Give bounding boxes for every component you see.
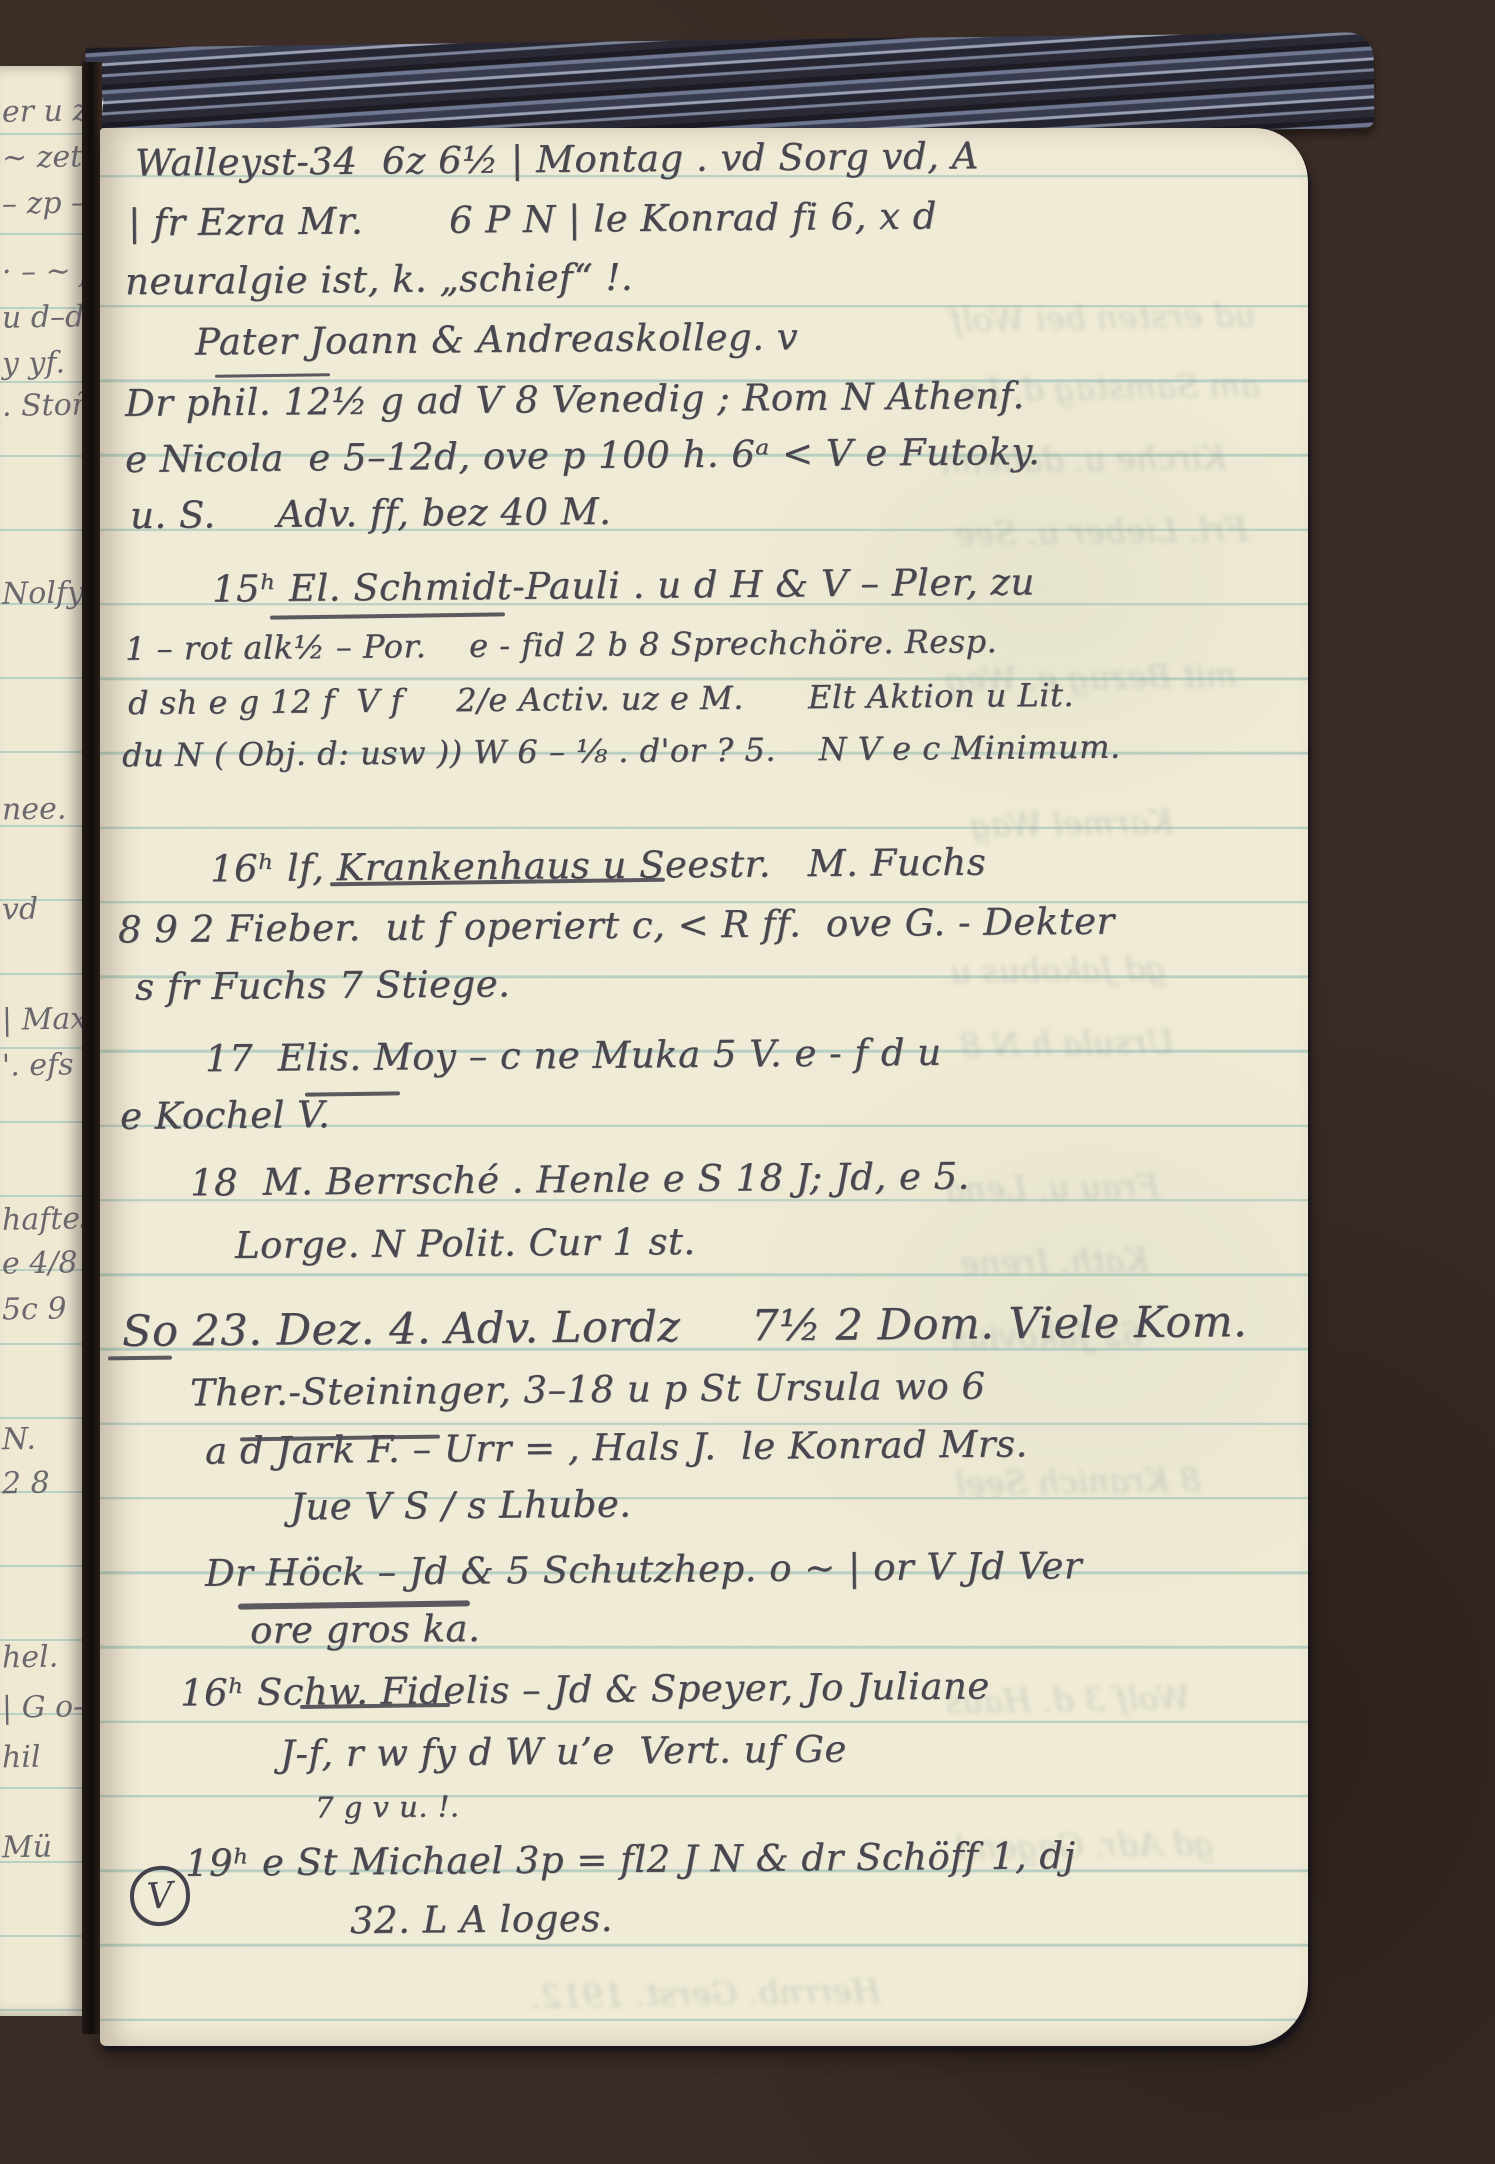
handwritten-line: u. S. Adv. ff, bez 40 M. (130, 490, 612, 537)
margin-fragment: e 4/8 (2, 1245, 78, 1281)
ink-bleedthrough: Ursula h N 8 (960, 1022, 1175, 1065)
margin-fragment: nee. (2, 791, 67, 827)
margin-fragment: ~ zett (2, 139, 95, 176)
handwritten-line: 16ʰ lf, Krankenhaus u Seestr. M. Fuchs (210, 841, 986, 891)
overline-stroke (215, 373, 330, 378)
handwritten-line: | fr Ezra Mr. 6 P N | le Konrad fi 6, x … (128, 194, 937, 244)
ink-bleedthrough: gd Jakobus u (950, 948, 1167, 991)
ink-bleedthrough: Frl. Lieber u. See (955, 509, 1249, 553)
handwritten-line: 15ʰ El. Schmidt-Pauli . u d H & V – Pler… (212, 560, 1035, 610)
handwritten-line: Pater Joann & Andreaskolleg. v (195, 315, 798, 363)
margin-fragment: 2 8 (2, 1466, 50, 1502)
handwritten-line: s fr Fuchs 7 Stiege. (135, 962, 511, 1008)
handwritten-line: Ther.-Steininger, 3–18 u p St Ursula wo … (190, 1365, 986, 1415)
underline-stroke (305, 1091, 400, 1096)
margin-fragment: '. efs (2, 1047, 74, 1083)
underline-stroke (108, 1356, 172, 1361)
ink-bleedthrough: Kath. Irene (960, 1240, 1150, 1282)
ink-bleedthrough: Karmel Wag (970, 802, 1174, 845)
margin-fragment: N. (2, 1422, 36, 1458)
handwritten-line: J-f, r w fy d W u’e Vert. uf Ge (280, 1728, 847, 1776)
handwritten-line: 17 Elis. Moy – c ne Muka 5 V. e - f d u (205, 1031, 942, 1080)
margin-fragment: 5c 9 (2, 1291, 67, 1327)
handwritten-line: ore gros ka. (250, 1607, 481, 1652)
facing-page-edge: er u zf ~ zett – zp — · – ~ ße u d–d. y … (0, 66, 84, 2016)
circled-v-mark: V (128, 1864, 192, 1928)
handwritten-line: 32. L A loges. (350, 1897, 613, 1942)
binding-shadow (82, 62, 102, 2034)
handwritten-line: e Kochel V. (120, 1093, 331, 1138)
ink-bleedthrough: Herrnb. Gerst. 1912. (530, 1971, 881, 2016)
handwritten-line: neuralgie ist, k. „schief“ !. (125, 256, 633, 303)
handwritten-line: Dr Höck – Jd & 5 Schutzhep. o ~ | or V J… (205, 1544, 1082, 1595)
margin-fragment: y yf. (2, 345, 66, 381)
margin-fragment: Nolfy. (2, 575, 90, 612)
margin-fragment: Mü (2, 1830, 53, 1866)
desk-background: er u zf ~ zett – zp — · – ~ ße u d–d. y … (0, 0, 1495, 2164)
handwritten-line: 1 – rot alk½ – Por. e - fid 2 b 8 Sprech… (125, 622, 998, 668)
handwritten-line: d sh e g 12 f V f 2/e Activ. uz e M. Elt… (128, 676, 1074, 722)
margin-fragment: hil (2, 1740, 41, 1776)
ink-bleedthrough: Frau u. Lena (945, 1166, 1160, 1209)
handwritten-line: Walleyst-34 6z 6½ | Montag . vd Sorg vd,… (135, 134, 979, 184)
handwritten-line: Dr phil. 12½ g ad V 8 Venedig ; Rom N At… (125, 374, 1025, 425)
handwritten-line: Jue V S / s Lhube. (290, 1483, 632, 1529)
margin-fragment: u d–d. (2, 299, 94, 336)
handwritten-line: 19ʰ e St Michael 3p = fl2 J N & dr Schöf… (185, 1834, 1076, 1885)
margin-fragment: hel. (2, 1640, 59, 1676)
handwritten-line: Lorge. N Polit. Cur 1 st. (235, 1220, 696, 1267)
handwritten-line: So 23. Dez. 4. Adv. Lordz 7½ 2 Dom. Viel… (122, 1297, 1248, 1357)
underline-stroke (270, 612, 505, 619)
handwritten-line: 18 M. Berrsché . Henle e S 18 J; Jd, e 5… (190, 1155, 970, 1205)
handwritten-line: du N ( Obj. d: usw )) W 6 – ⅛ . d'or ? 5… (122, 728, 1121, 775)
margin-fragment: vd (2, 892, 39, 928)
ink-bleedthrough: ud ersten bei Wolf (950, 295, 1256, 339)
ink-bleedthrough: 8 Kranich Seel (955, 1460, 1201, 1503)
handwritten-line: 8 9 2 Fieber. ut f operiert c, < R ff. o… (118, 900, 1115, 952)
handwritten-line: 7 g v u. !. (315, 1789, 460, 1824)
handwritten-line: a d Jark F. – Urr = , Hals J. le Konrad … (205, 1422, 1028, 1472)
notebook-page: ud ersten bei Wolf am Samstag d. Le Kirc… (100, 128, 1308, 2046)
handwritten-line: e Nicola e 5–12d, ove p 100 h. 6ᵃ < V e … (125, 430, 1041, 481)
margin-fragment: | G o- (2, 1689, 84, 1725)
circled-v-letter: V (146, 1875, 175, 1918)
